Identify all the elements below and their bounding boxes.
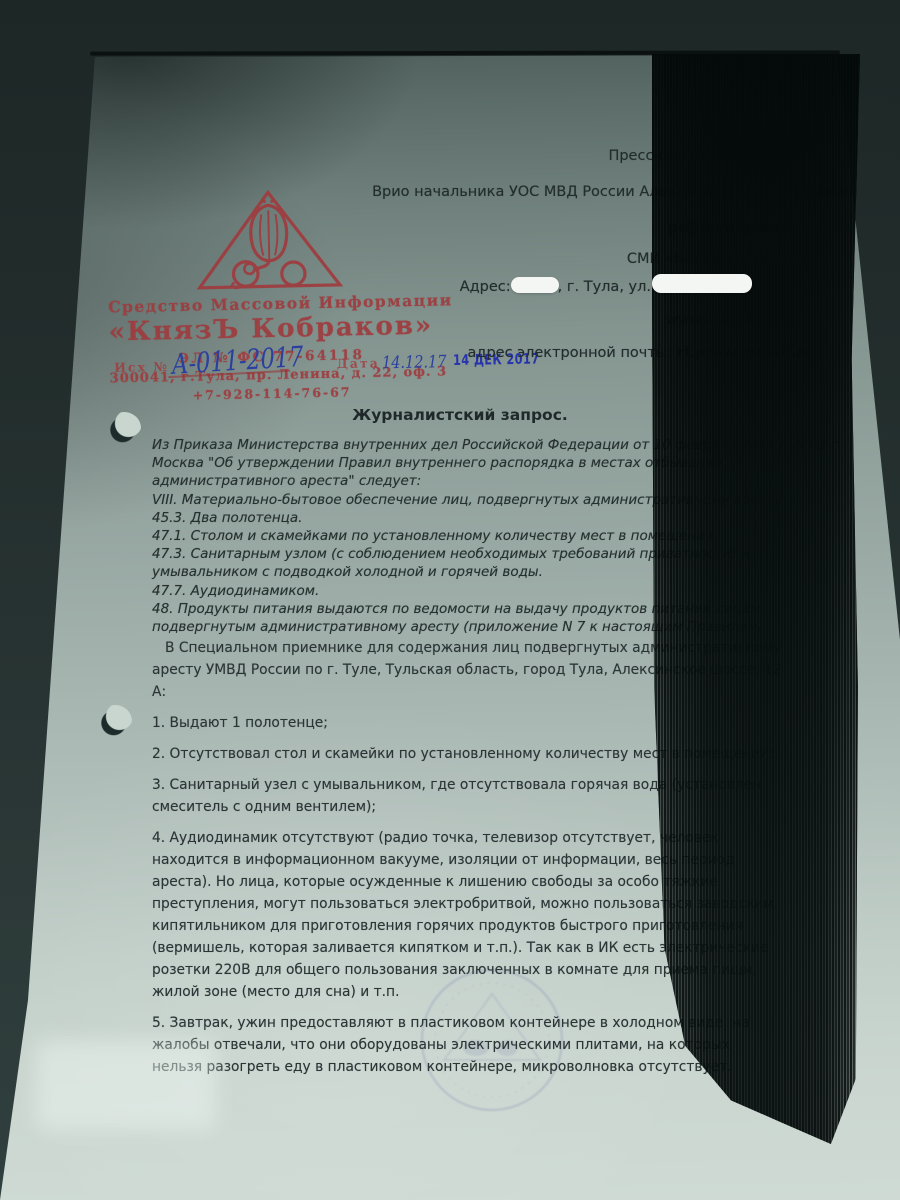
outgoing-label: Исх №	[114, 359, 169, 375]
letterhead-phone: +7-928-114-76-67	[110, 383, 434, 405]
redaction-blob	[511, 277, 559, 293]
date-label: Дата	[337, 355, 380, 371]
address-label: Адрес:	[460, 279, 511, 295]
punch-hole	[107, 412, 141, 444]
light-reflection	[36, 1040, 216, 1130]
shadow-band	[652, 54, 860, 1144]
punch-hole	[98, 705, 132, 737]
email-label: адрес электронной почты:	[468, 345, 677, 361]
address-mid: , г. Тула, ул.	[558, 279, 651, 295]
redaction-blob	[652, 274, 752, 293]
handwritten-date: 14.12.17	[382, 352, 447, 373]
cobra-logo-icon	[194, 186, 344, 293]
photo-background: Средство Массовой Информации «КнязЪ Кобр…	[0, 0, 900, 1200]
